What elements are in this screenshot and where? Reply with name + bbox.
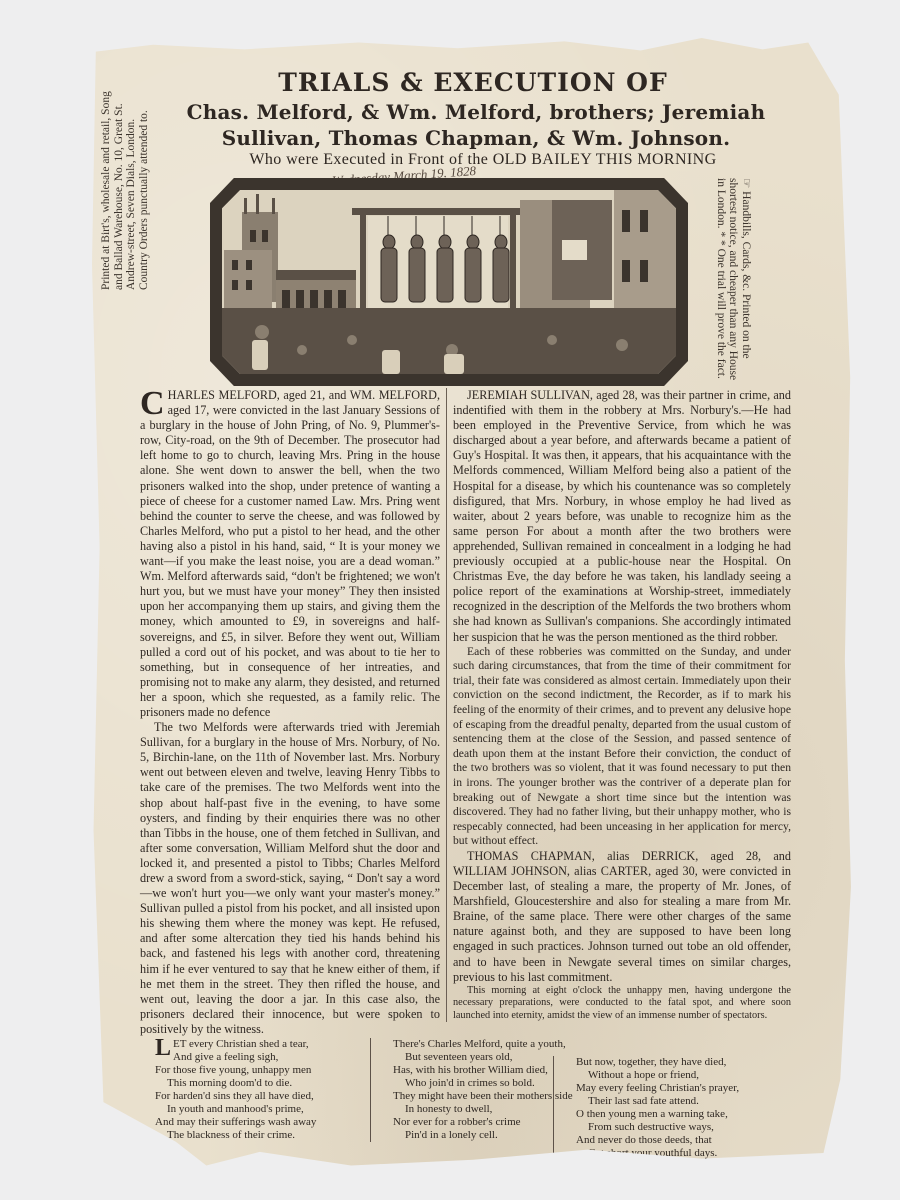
left-column: C HARLES MELFORD, aged 21, and WM. MELFO… <box>140 388 440 1037</box>
verse-line: ET every Christian shed a tear, <box>155 1038 355 1051</box>
gallows-scene-icon <box>222 190 676 374</box>
verse-line: The blackness of their crime. <box>155 1129 355 1142</box>
verse-line: But now, together, they have died, <box>576 1056 786 1069</box>
verse-line: And may their sufferings wash away <box>155 1116 355 1129</box>
chapman-johnson-paragraph: THOMAS CHAPMAN, alias DERRICK, aged 28, … <box>453 849 791 985</box>
verse-line: For those five young, unhappy men <box>155 1064 355 1077</box>
verse-line: From such destructive ways, <box>576 1121 786 1134</box>
verses: L ET every Christian shed a tear, And gi… <box>140 1038 790 1148</box>
broadside-sheet: TRIALS & EXECUTION OF Chas. Melford, & W… <box>92 38 854 1170</box>
verse-1: L ET every Christian shed a tear, And gi… <box>155 1038 355 1142</box>
verse-line: And never do those deeds, that <box>576 1134 786 1147</box>
subtitle-line-2: Sullivan, Thomas Chapman, & Wm. Johnson. <box>112 126 840 150</box>
tagline: Who were Executed in Front of the OLD BA… <box>142 151 824 169</box>
subtitle-line-1: Chas. Melford, & Wm. Melford, brothers; … <box>112 100 840 124</box>
page-title: TRIALS & EXECUTION OF <box>92 68 854 97</box>
norbury-burglary-paragraph: The two Melfords were afterwards tried w… <box>140 720 440 1037</box>
verse-3: But now, together, they have died, Witho… <box>553 1056 786 1160</box>
verse-line: There's Charles Melford, quite a youth, <box>393 1038 593 1051</box>
dropcap-c: C <box>140 390 165 418</box>
verse-line: O then young men a warning take, <box>576 1108 786 1121</box>
verse-line: And give a feeling sigh, <box>155 1051 355 1064</box>
verse-line: In youth and manhood's prime, <box>155 1103 355 1116</box>
advertisement: ☞ Handbills, Cards, &c. Printed on the s… <box>688 178 752 388</box>
verse-line: For harden'd sins they all have died, <box>155 1090 355 1103</box>
execution-woodcut-illustration <box>210 178 688 386</box>
printer-imprint: Printed at Birt's, wholesale and retail,… <box>100 80 150 290</box>
verse-line: Without a hope or friend, <box>576 1069 786 1082</box>
verse-line: This morning doom'd to die. <box>155 1077 355 1090</box>
verse-line: Cut short your youthful days. <box>576 1147 786 1160</box>
melford-pring-burglary-paragraph: HARLES MELFORD, aged 21, and WM. MELFORD… <box>140 388 440 719</box>
verse-line: May every feeling Christian's prayer, <box>576 1082 786 1095</box>
right-column: JEREMIAH SULLIVAN, aged 28, was their pa… <box>446 388 791 1022</box>
sullivan-paragraph: JEREMIAH SULLIVAN, aged 28, was their pa… <box>453 388 791 645</box>
verse-line: Their last sad fate attend. <box>576 1095 786 1108</box>
execution-morning-paragraph: This morning at eight o'clock the unhapp… <box>453 985 791 1022</box>
dropcap-l: L <box>155 1038 171 1058</box>
sentencing-paragraph: Each of these robberies was committed on… <box>453 645 791 849</box>
